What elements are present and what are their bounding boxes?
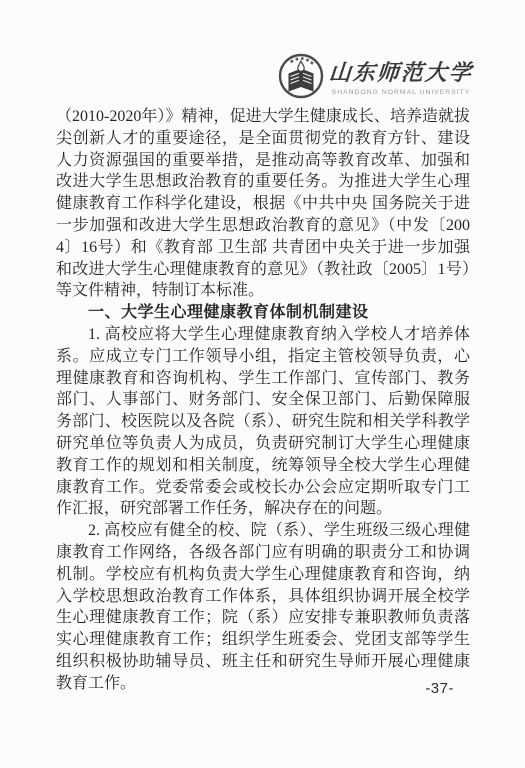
page-number: -37- [425,680,454,697]
university-seal-icon [278,53,324,99]
university-name-english: SHANDONG NORMAL UNIVERSITY [332,89,471,96]
paragraph-intro: （2010-2020年）》精神，促进大学生健康成长、培养造就拔尖创新人才的重要途… [56,106,470,302]
document-body: （2010-2020年）》精神，促进大学生健康成长、培养造就拔尖创新人才的重要途… [56,106,470,695]
university-name-chinese: 山东师范大学 [328,56,474,87]
paragraph-item-1: 1. 高校应将大学生心理健康教育纳入学校人才培养体系。应成立专门工作领导小组，指… [56,324,470,520]
document-page: 山东师范大学 SHANDONG NORMAL UNIVERSITY （2010-… [0,0,525,768]
section-heading: 一、大学生心理健康教育体制机制建设 [56,302,470,324]
university-logo: 山东师范大学 SHANDONG NORMAL UNIVERSITY [278,53,473,99]
paragraph-item-2: 2. 高校应有健全的校、院（系）、学生班级三级心理健康教育工作网络，各级各部门应… [56,520,470,694]
university-name-block: 山东师范大学 SHANDONG NORMAL UNIVERSITY [329,56,473,96]
